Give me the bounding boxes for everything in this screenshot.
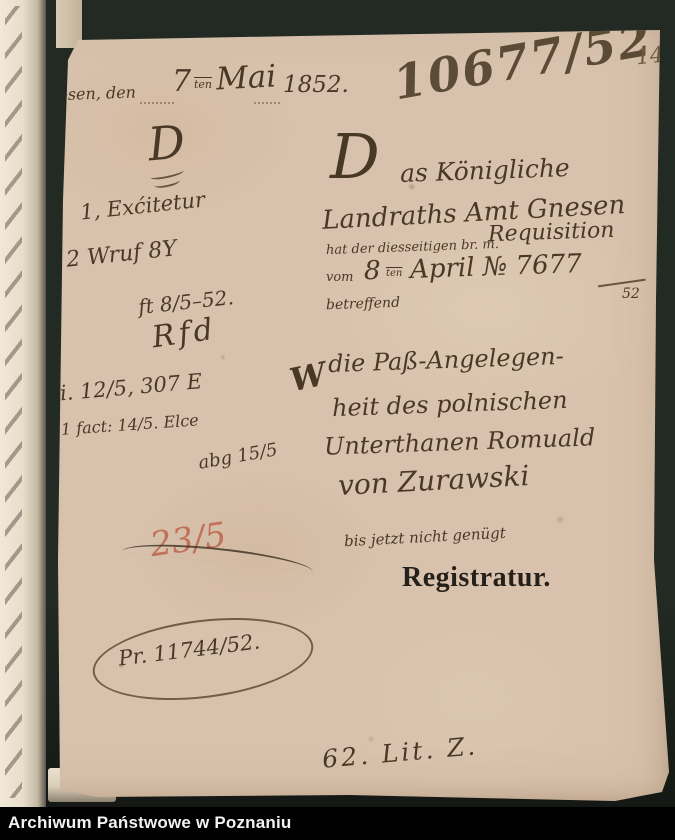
archive-watermark-text: Archiwum Państwowe w Poznaniu <box>8 813 292 833</box>
registry-note-4: z.i. 12/5, 307 E <box>41 369 203 407</box>
body-line7: heit des polnischen <box>332 386 568 422</box>
dateline-year: 1852. <box>283 72 349 98</box>
body-line4-ordinal: ten <box>386 268 402 279</box>
dateline-month: Mai <box>215 58 277 97</box>
registry-note-6: abg 15/5 <box>197 439 279 474</box>
body-line8: Unterthanen Romuald <box>324 423 596 460</box>
body-line4-denominator: 52 <box>622 286 640 302</box>
body-line10: bis jetzt nicht genügt <box>344 524 507 550</box>
stitch-marks <box>5 6 22 798</box>
dotted-leader <box>140 101 174 104</box>
scrawl-w: W <box>286 355 329 400</box>
dateline-day: 7 <box>172 64 191 99</box>
body-line3-large: Requisition <box>488 218 615 247</box>
body-line5: betreffend <box>326 295 401 314</box>
document-page: Posen, den 7 ten Mai 1852. 10677/52 14 D… <box>0 0 675 812</box>
body-line4-day: 8 <box>364 256 381 286</box>
clerk-initials: Rfd <box>150 312 219 356</box>
body-line4-main: April № 7677 <box>410 249 583 285</box>
body-initial: D <box>330 120 380 193</box>
registry-note-2: 2 Wruf 8Y <box>65 236 178 272</box>
registry-note-3: ft 8/5–52. <box>137 285 235 319</box>
body-line9: von Zurawski <box>337 459 530 502</box>
body-line1: as Königliche <box>400 153 571 188</box>
bottom-reference: 62. Lit. Z. <box>321 731 479 773</box>
registry-excitetur: 1, Exćitetur <box>79 188 206 225</box>
paraph-mark: D <box>146 114 187 171</box>
registratur-stamp: Registratur. <box>402 562 551 594</box>
binding-stub <box>0 0 46 808</box>
dotted-leader <box>254 101 280 104</box>
body-line4-pre: vom <box>326 270 354 285</box>
registry-note-5: ad 1 fact: 14/5. Elce <box>36 410 200 440</box>
dateline-ordinal: ten <box>194 78 212 91</box>
body-line6: die Paß-Angelegen- <box>328 342 565 378</box>
document-scan: Posen, den 7 ten Mai 1852. 10677/52 14 D… <box>0 0 675 840</box>
archive-watermark-bar: Archiwum Państwowe w Poznaniu <box>0 807 675 840</box>
